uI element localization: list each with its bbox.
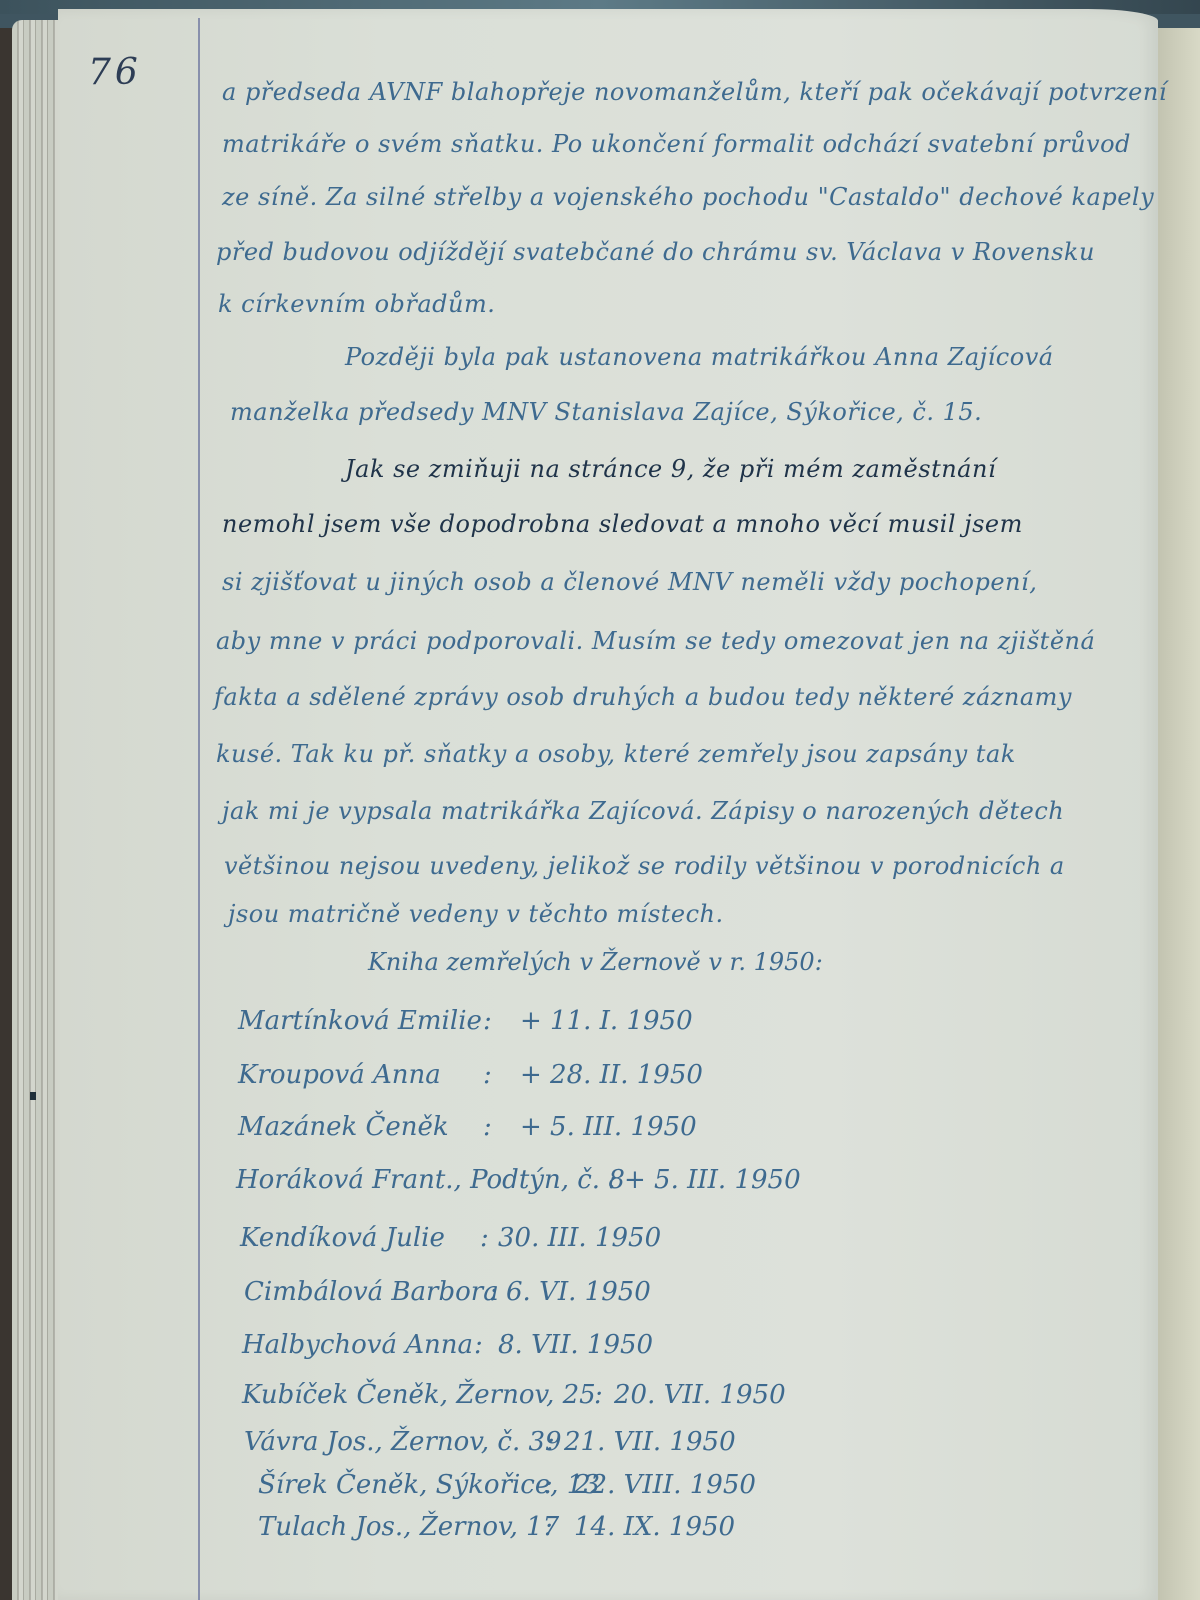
entry-separator: : (544, 1470, 553, 1500)
entry-name: Tulach Jos., Žernov, 17 (258, 1512, 559, 1542)
entry-separator: : (489, 1277, 498, 1307)
entry-date: + 5. III. 1950 (624, 1165, 801, 1195)
register-entry: Mazánek Čeněk : + 5. III. 1950 (238, 1112, 449, 1142)
text-line: nemohl jsem vše dopodrobna sledovat a mn… (222, 510, 1023, 538)
register-entry: Kubíček Čeněk, Žernov, 25 : 20. VII. 195… (242, 1380, 596, 1410)
entry-date: 22. VIII. 1950 (574, 1470, 756, 1500)
entry-name: Cimbálová Barbora (244, 1277, 499, 1307)
entry-date: 8. VII. 1950 (498, 1330, 653, 1360)
margin-rule-line (198, 18, 200, 1600)
page-marker-mark (30, 1092, 36, 1100)
text-line: matrikáře o svém sňatku. Po ukončení for… (222, 130, 1131, 158)
entry-name: Kroupová Anna (238, 1060, 441, 1090)
entry-date: 21. VII. 1950 (564, 1427, 736, 1457)
text-line: ze síně. Za silné střelby a vojenského p… (222, 183, 1154, 211)
register-entry: Cimbálová Barbora : 6. VI. 1950 (244, 1277, 499, 1307)
register-entry: Šírek Čeněk, Sýkořice, 13 : 22. VIII. 19… (258, 1470, 600, 1500)
entry-date: + 5. III. 1950 (520, 1112, 697, 1142)
entry-date: 30. III. 1950 (498, 1223, 661, 1253)
register-entry: Vávra Jos., Žernov, č. 39 : 21. VII. 195… (244, 1427, 562, 1457)
entry-separator: : (608, 1165, 617, 1195)
text-line: fakta a sdělené zprávy osob druhých a bu… (214, 683, 1072, 711)
entry-date: 14. IX. 1950 (574, 1512, 735, 1542)
register-entry: Kroupová Anna : + 28. II. 1950 (238, 1060, 441, 1090)
register-entry: Horáková Frant., Podtýn, č. 8 : + 5. III… (236, 1165, 625, 1195)
entry-separator: : (474, 1330, 483, 1360)
entry-separator: : (546, 1427, 555, 1457)
entry-name: Kubíček Čeněk, Žernov, 25 (242, 1380, 596, 1410)
entry-separator: : (544, 1512, 553, 1542)
entry-date: 20. VII. 1950 (614, 1380, 786, 1410)
register-entry: Kendíková Julie : 30. III. 1950 (240, 1223, 445, 1253)
text-line: Jak se zmiňuji na stránce 9, že při mém … (345, 455, 996, 483)
text-line: jak mi je vypsala matrikářka Zajícová. Z… (222, 797, 1064, 825)
entry-date: 6. VI. 1950 (506, 1277, 651, 1307)
entry-name: Mazánek Čeněk (238, 1112, 449, 1142)
entry-date: + 28. II. 1950 (520, 1060, 703, 1090)
page-stack-edges (12, 20, 60, 1600)
entry-name: Halbychová Anna (242, 1330, 473, 1360)
entry-separator: : (594, 1380, 603, 1410)
text-line: a předseda AVNF blahopřeje novomanželům,… (222, 78, 1167, 106)
page-number: 76 (88, 52, 142, 93)
entry-name: Vávra Jos., Žernov, č. 39 (244, 1427, 562, 1457)
text-line: většinou nejsou uvedeny, jelikož se rodi… (224, 852, 1065, 880)
entry-separator: : (483, 1060, 492, 1090)
text-line: Později byla pak ustanovena matrikářkou … (345, 343, 1054, 371)
register-entry: Martínková Emilie : + 11. I. 1950 (238, 1006, 482, 1036)
entry-separator: : (480, 1223, 489, 1253)
text-line: si zjišťovat u jiných osob a členové MNV… (222, 568, 1037, 596)
register-heading: Kniha zemřelých v Žernově v r. 1950: (368, 948, 823, 976)
entry-name: Horáková Frant., Podtýn, č. 8 (236, 1165, 625, 1195)
text-line: kusé. Tak ku př. sňatky a osoby, které z… (216, 740, 1016, 768)
text-line: k církevním obřadům. (218, 290, 495, 318)
entry-separator: : (483, 1112, 492, 1142)
text-line: jsou matričně vedeny v těchto místech. (228, 900, 724, 928)
facing-page-edge (1156, 28, 1200, 1600)
entry-name: Martínková Emilie (238, 1006, 482, 1036)
entry-date: + 11. I. 1950 (520, 1006, 693, 1036)
register-entry: Tulach Jos., Žernov, 17 : 14. IX. 1950 (258, 1512, 559, 1542)
entry-name: Kendíková Julie (240, 1223, 445, 1253)
text-line: aby mne v práci podporovali. Musím se te… (216, 627, 1095, 655)
entry-separator: : (483, 1006, 492, 1036)
register-entry: Halbychová Anna : 8. VII. 1950 (242, 1330, 473, 1360)
text-line: před budovou odjíždějí svatebčané do chr… (216, 238, 1095, 266)
text-line: manželka předsedy MNV Stanislava Zajíce,… (230, 398, 982, 426)
